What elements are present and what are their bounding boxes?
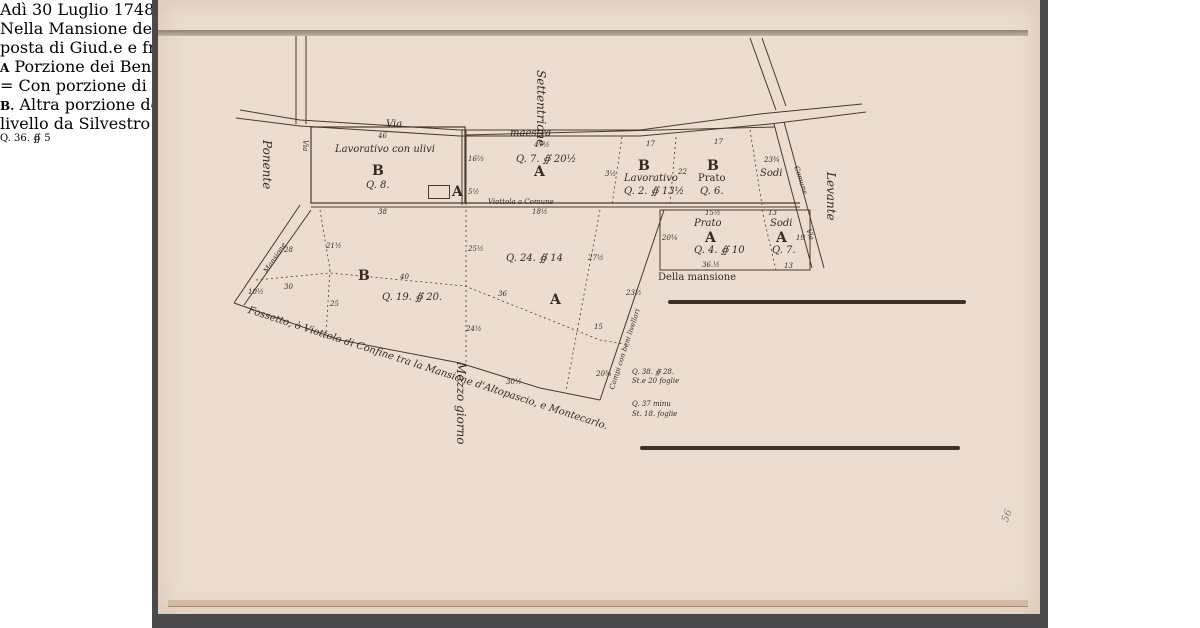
measurement: 13: [784, 262, 793, 270]
measurement: 10½: [248, 288, 264, 296]
parcel-letter: A: [705, 230, 716, 246]
compass-east: Levante: [824, 172, 838, 221]
measurement: 46: [378, 132, 387, 140]
measurement: 5½: [468, 188, 479, 196]
parcel-letter: B: [638, 158, 650, 174]
parcel-letter: B: [358, 268, 370, 284]
parcel-value: Q. 19. ∯ 20.: [382, 292, 442, 303]
measurement: 15½: [705, 209, 721, 217]
measurement: 23¾: [764, 156, 780, 164]
cartouche-top-rod: [668, 300, 966, 304]
parcel-value: Q. 6.: [700, 186, 724, 197]
margin-note: St. 18. foglie: [632, 410, 677, 418]
parcel-use: Sodi: [760, 168, 782, 179]
parcel-value: Q. 4. ∯ 10: [694, 245, 745, 256]
parcel-value: Q. 8.: [366, 180, 390, 191]
parcel-letter: B: [372, 163, 384, 179]
house-icon: [428, 185, 450, 199]
measurement: 22: [678, 168, 687, 176]
parcel-letter: B: [707, 158, 719, 174]
parcel-use: Lavorativo: [624, 173, 678, 184]
measurement: 20¾: [596, 370, 612, 378]
margin-note: St.e 20 foglie: [632, 377, 679, 385]
measurement: 25½: [468, 245, 484, 253]
road-della-mansione: Della mansione: [658, 272, 736, 283]
road-via: Via: [386, 119, 402, 130]
parcel-letter: A: [452, 184, 463, 200]
measurement: 20¼: [662, 234, 678, 242]
cartouche-bottom-rod: [640, 446, 960, 450]
measurement: 36: [498, 290, 507, 298]
road-via-west: Via: [301, 140, 309, 151]
measurement: 3½: [605, 170, 616, 178]
parcel-letter: A: [534, 164, 545, 180]
measurement: 23½: [626, 289, 642, 297]
measurement: 18½: [532, 208, 548, 216]
measurement: 17: [714, 138, 723, 146]
road-viottola: Viottola a Comune: [488, 198, 554, 206]
compass-west: Ponente: [260, 140, 274, 189]
measurement: 47½: [534, 141, 550, 149]
margin-note: Q. 38. ∯ 28.: [632, 368, 674, 376]
measurement: 27½: [588, 254, 604, 262]
measurement: 15: [594, 323, 603, 331]
parcel-letter: A: [550, 292, 561, 308]
parcel-value: Q. 2. ∯ 13½: [624, 186, 684, 197]
measurement: 19: [796, 234, 805, 242]
map-drawing: [0, 0, 1200, 628]
measurement: 21½: [326, 242, 342, 250]
measurement: 24½: [466, 325, 482, 333]
measurement: 30½: [506, 378, 522, 386]
parcel-use: Prato: [694, 218, 722, 229]
measurement: 28: [284, 246, 293, 254]
parcel-use: Sodi: [770, 218, 792, 229]
measurement: 38: [378, 208, 387, 216]
parcel-use: Lavorativo con ulivi: [335, 144, 435, 155]
measurement: 30: [284, 283, 293, 291]
measurement: 13: [768, 209, 777, 217]
measurement: 16⅔: [468, 155, 484, 163]
parcel-use: Prato: [698, 173, 726, 184]
parcel-value: Q. 7.: [772, 245, 796, 256]
road-maestra: maestra: [510, 128, 551, 139]
measurement: 40: [400, 273, 409, 281]
measurement: 36.½: [702, 261, 720, 269]
measurement: 25: [330, 300, 339, 308]
measurement: 17: [646, 140, 655, 148]
parcel-value: Q. 24. ∯ 14: [506, 253, 563, 264]
parcel-letter: A: [776, 230, 787, 246]
margin-note: Q. 37 minu: [632, 400, 671, 408]
parcel-value: Q. 7. ∯ 20½: [516, 154, 576, 165]
